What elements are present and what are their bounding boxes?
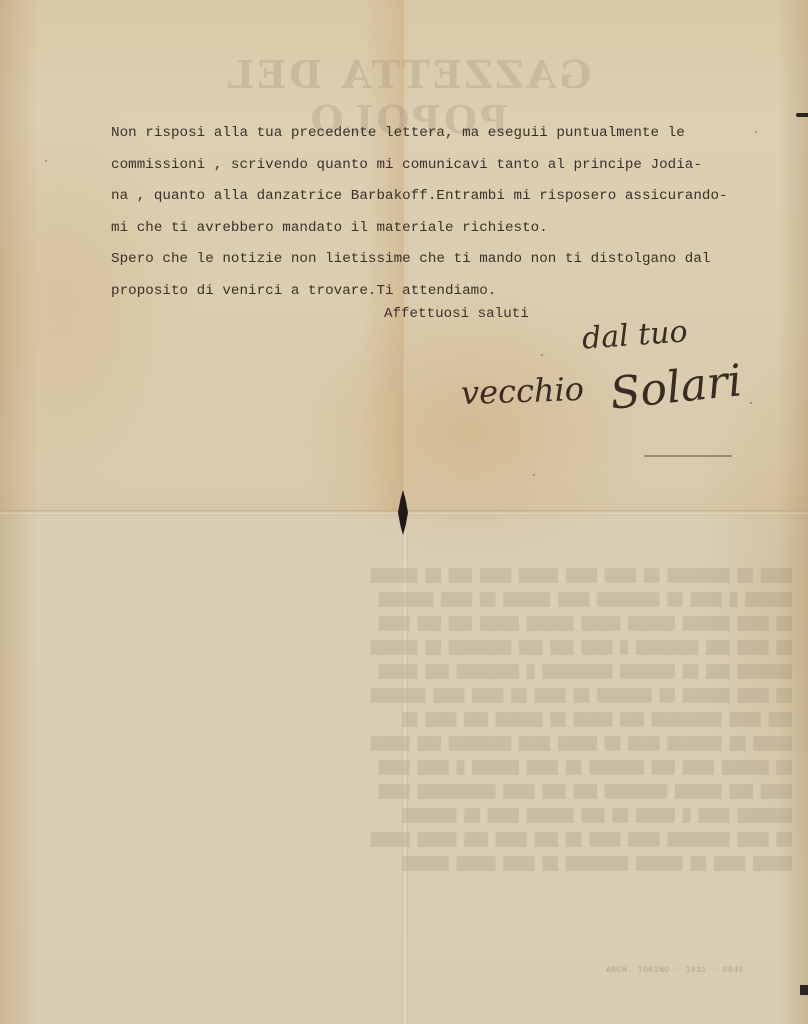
paper-speck <box>45 160 47 162</box>
body-line: proposito di venirci a trovare.Ti attend… <box>111 276 791 308</box>
signature-line-2: vecchio <box>460 370 584 412</box>
signature-name: Solari <box>608 355 745 420</box>
edge-mark <box>796 113 808 117</box>
signature-underline <box>644 455 732 457</box>
letter-body: Non risposi alla tua precedente lettera,… <box>111 118 791 307</box>
letter-sheet: GAZZETTA DEL POPOLO Non risposi alla tua… <box>0 0 808 1024</box>
signature-line-1: dal tuo <box>581 314 689 356</box>
paper-speck <box>533 474 535 476</box>
body-line: Spero che le notizie non lietissime che … <box>111 244 791 276</box>
body-line: Non risposi alla tua precedente lettera,… <box>111 118 791 150</box>
edge-mark <box>800 985 808 995</box>
paper-speck <box>541 354 543 356</box>
reverse-side-bleedthrough: ████ ██ ████████ ██ ████ ████ █████ ████… <box>112 540 792 876</box>
paper-speck <box>750 402 752 404</box>
closing-salutation: Affettuosi saluti <box>384 306 529 322</box>
body-line: na , quanto alla danzatrice Barbakoff.En… <box>111 181 791 213</box>
body-line: commissioni , scrivendo quanto mi comuni… <box>111 150 791 182</box>
archive-stamp: ARCH. TORINO - 1931 - 0045 <box>606 966 744 975</box>
body-line: mi che ti avrebbero mandato il materiale… <box>111 213 791 245</box>
paper-speck <box>755 131 757 133</box>
